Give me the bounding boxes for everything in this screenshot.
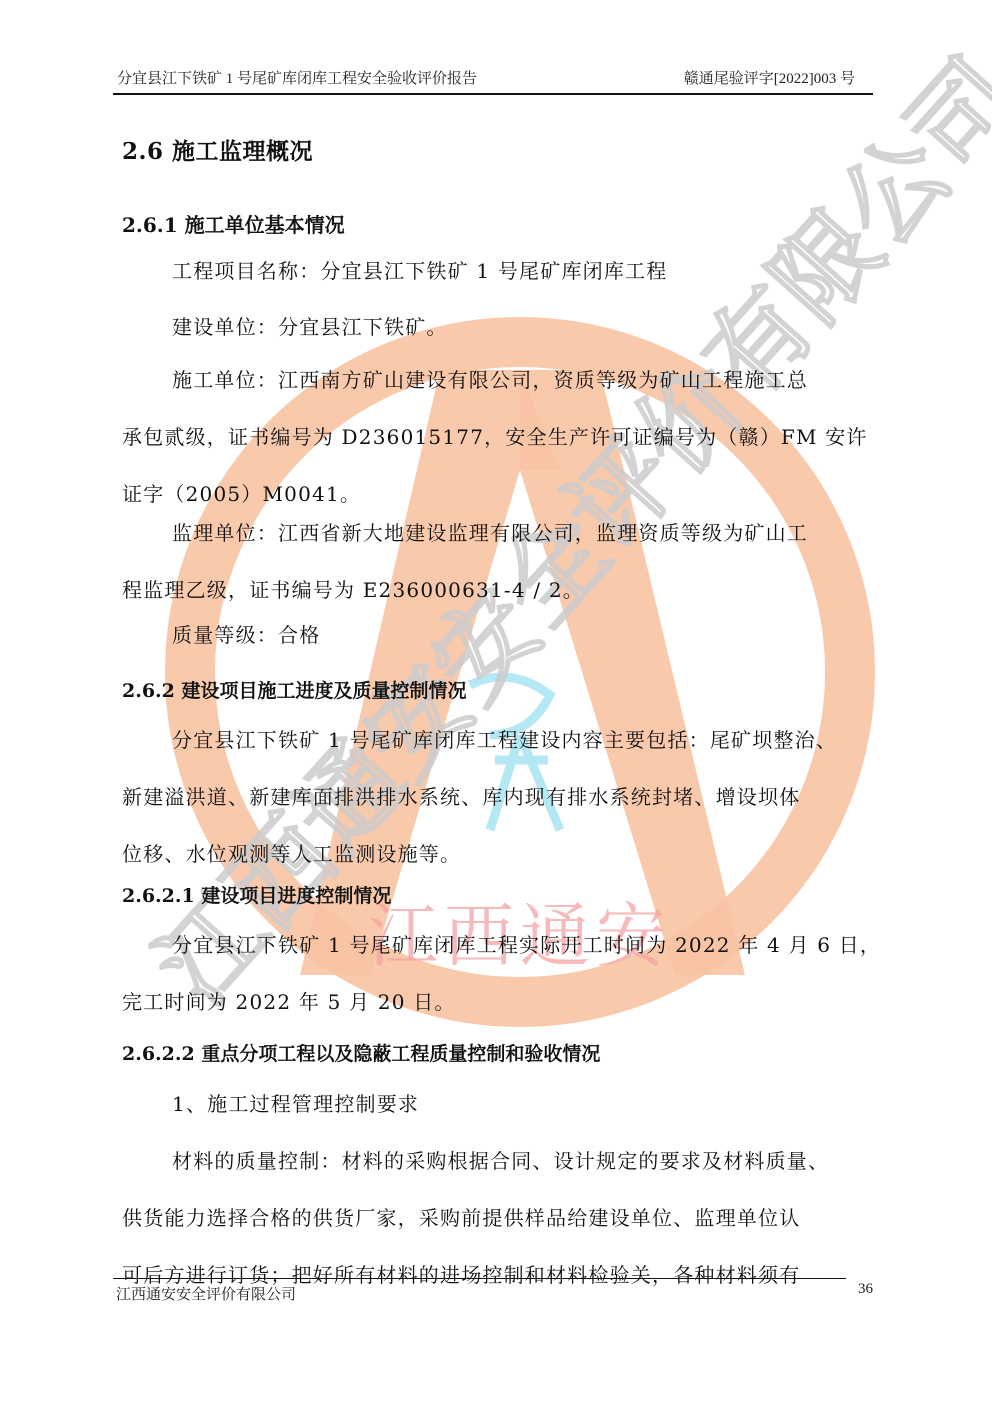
header-divider <box>113 93 873 95</box>
page-number: 36 <box>858 1281 873 1298</box>
owner-paragraph: 建设单位：分宜县江下铁矿。 <box>122 299 924 356</box>
section-2-6-2-2-title: 2.6.2.2 重点分项工程以及隐蔽工程质量控制和验收情况 <box>122 1039 600 1066</box>
document-page: 江西通安安全评价有限公司 江西通安 分宜县江下铁矿 1 号尾矿库闭库工程安全验收… <box>0 0 992 1403</box>
header-report-title: 分宜县江下铁矿 1 号尾矿库闭库工程安全验收评价报告 <box>117 67 477 88</box>
footer-company: 江西通安安全评价有限公司 <box>116 1283 296 1304</box>
header-report-number: 赣通尾验评字[2022]003 号 <box>684 67 855 88</box>
project-name-paragraph: 工程项目名称：分宜县江下铁矿 1 号尾矿库闭库工程 <box>122 243 924 300</box>
contractor-paragraph: 施工单位：江西南方矿山建设有限公司，资质等级为矿山工程施工总 承包贰级，证书编号… <box>122 352 874 523</box>
construction-scope-paragraph: 分宜县江下铁矿 1 号尾矿库闭库工程建设内容主要包括：尾矿坝整治、 新建溢洪道、… <box>122 712 874 883</box>
item-1-heading: 1、施工过程管理控制要求 <box>122 1076 924 1133</box>
section-2-6-2-title: 2.6.2 建设项目施工进度及质量控制情况 <box>122 676 467 703</box>
supervisor-paragraph: 监理单位：江西省新大地建设监理有限公司，监理资质等级为矿山工 程监理乙级，证书编… <box>122 505 874 619</box>
section-2-6-1-title: 2.6.1 施工单位基本情况 <box>122 209 345 238</box>
footer-divider <box>113 1278 846 1279</box>
quality-grade-paragraph: 质量等级：合格 <box>122 607 924 664</box>
schedule-paragraph: 分宜县江下铁矿 1 号尾矿库闭库工程实际开工时间为 2022 年 4 月 6 日… <box>122 917 874 1031</box>
page-header: 分宜县江下铁矿 1 号尾矿库闭库工程安全验收评价报告 赣通尾验评字[2022]0… <box>117 67 873 93</box>
section-2-6-title: 2.6 施工监理概况 <box>122 133 313 166</box>
section-2-6-2-1-title: 2.6.2.1 建设项目进度控制情况 <box>122 881 391 908</box>
